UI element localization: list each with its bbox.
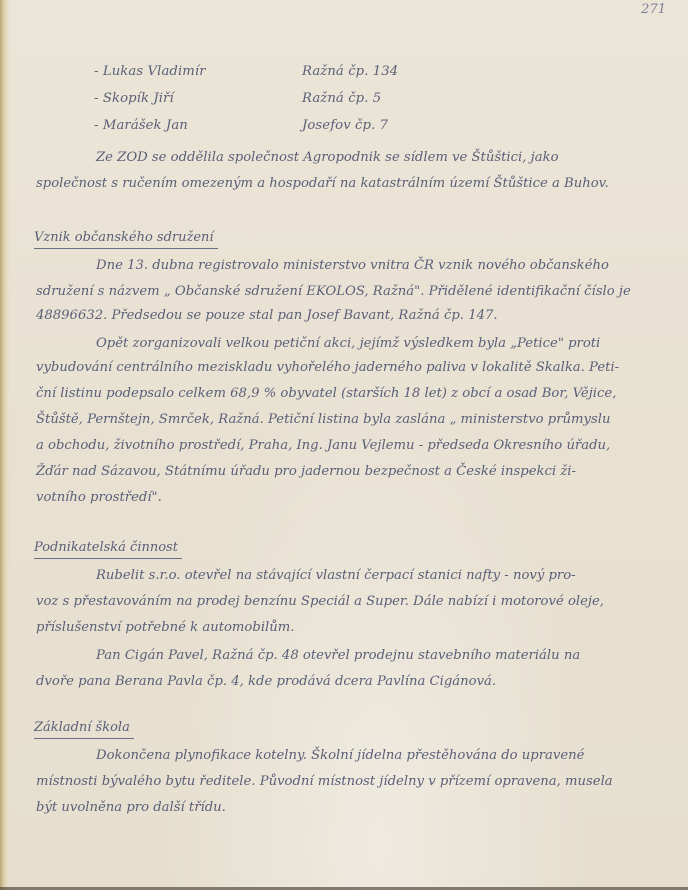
paragraph-line: Opět zorganizovali velkou petiční akci, …: [96, 334, 600, 354]
paragraph-line: Štůště, Pernštejn, Smrček, Ražná. Petičn…: [36, 410, 610, 430]
member-address: Ražná čp. 5: [302, 87, 381, 111]
paragraph-line: ční listinu podepsalo celkem 68,9 % obyv…: [36, 384, 616, 404]
paragraph-line: Pan Cigán Pavel, Ražná čp. 48 otevřel pr…: [96, 646, 580, 666]
paragraph-line: být uvolněna pro další třídu.: [36, 798, 226, 818]
paragraph-line: Rubelit s.r.o. otevřel na stávající vlas…: [96, 566, 576, 586]
paragraph-line: příslušenství potřebné k automobilům.: [36, 618, 294, 638]
member-address: Ražná čp. 134: [302, 60, 398, 84]
paragraph-line: 48896632. Předsedou se pouze stal pan Jo…: [36, 306, 498, 326]
section-heading: Základní škola: [34, 718, 134, 739]
paragraph-line: Ze ZOD se oddělila společnost Agropodnik…: [96, 148, 559, 168]
paragraph-line: dvoře pana Berana Pavla čp. 4, kde prodá…: [36, 672, 496, 692]
paragraph-line: votního prostředí".: [36, 488, 162, 508]
member-name: - Marášek Jan: [94, 114, 188, 138]
paragraph-line: místnosti bývalého bytu ředitele. Původn…: [36, 772, 613, 792]
section-heading: Podnikatelská činnost: [34, 538, 182, 559]
paragraph-line: a obchodu, životního prostředí, Praha, I…: [36, 436, 610, 456]
book-binding-edge: [0, 0, 10, 890]
paragraph-line: vybudování centrálního meziskladu vyhoře…: [36, 358, 619, 378]
page-number: 271: [641, 2, 666, 17]
section-heading: Vznik občanského sdružení: [34, 228, 218, 249]
paragraph-line: Žďár nad Sázavou, Státnímu úřadu pro jad…: [36, 462, 576, 482]
member-address: Josefov čp. 7: [302, 114, 388, 138]
paragraph-line: společnost s ručením omezeným a hospodař…: [36, 174, 609, 194]
paragraph-line: voz s přestavováním na prodej benzínu Sp…: [36, 592, 604, 612]
member-name: - Skopík Jiří: [94, 87, 174, 111]
paragraph-line: sdružení s názvem „ Občanské sdružení EK…: [36, 282, 631, 302]
paragraph-line: Dne 13. dubna registrovalo ministerstvo …: [96, 256, 609, 276]
paragraph-line: Dokončena plynofikace kotelny. Školní jí…: [96, 746, 584, 766]
member-name: - Lukas Vladimír: [94, 60, 206, 84]
chronicle-page: 271 - Lukas Vladimír Ražná čp. 134 - Sko…: [0, 0, 688, 890]
